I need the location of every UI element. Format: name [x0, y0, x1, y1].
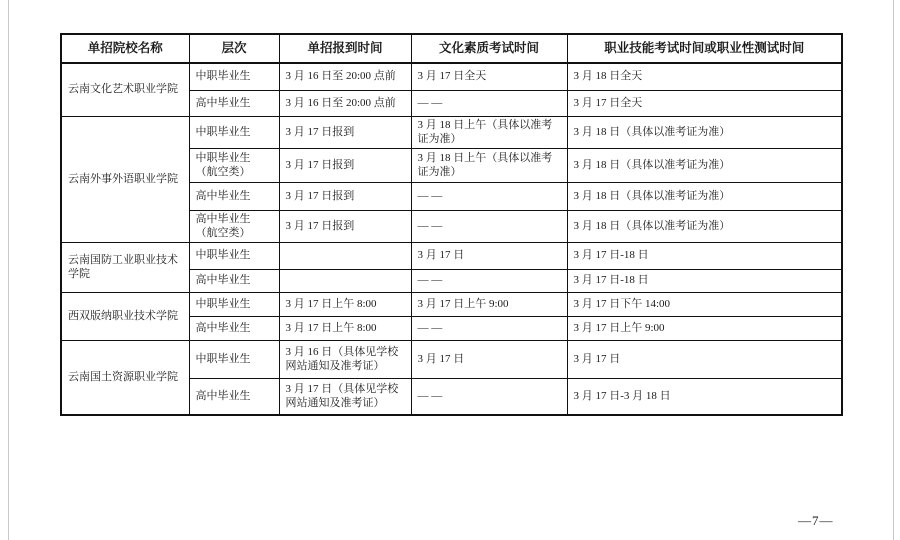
page-left-edge — [8, 0, 9, 540]
column-header: 单招院校名称 — [61, 34, 189, 63]
checkin-cell: 3 月 17 日报到 — [279, 182, 411, 210]
school-cell: 云南国土资源职业学院 — [61, 340, 189, 415]
culture-cell: 3 月 17 日全天 — [411, 63, 567, 90]
table-row: 云南国防工业职业技术学院中职毕业生3 月 17 日3 月 17 日-18 日 — [61, 242, 842, 269]
skill-cell: 3 月 17 日下午 14:00 — [567, 292, 842, 316]
checkin-cell: 3 月 16 日至 20:00 点前 — [279, 63, 411, 90]
checkin-cell: 3 月 17 日报到 — [279, 148, 411, 182]
table-row: 云南外事外语职业学院中职毕业生3 月 17 日报到3 月 18 日上午（具体以准… — [61, 116, 842, 148]
school-cell: 云南国防工业职业技术学院 — [61, 242, 189, 292]
skill-cell: 3 月 18 日（具体以准考证为准） — [567, 116, 842, 148]
level-cell: 中职毕业生 — [189, 292, 279, 316]
skill-cell: 3 月 18 日（具体以准考证为准） — [567, 148, 842, 182]
culture-cell: — — — [411, 269, 567, 292]
admission-schedule-table: 单招院校名称层次单招报到时间文化素质考试时间职业技能考试时间或职业性测试时间 云… — [60, 33, 843, 416]
school-cell: 西双版纳职业技术学院 — [61, 292, 189, 340]
culture-cell: 3 月 18 日上午（具体以准考证为准） — [411, 116, 567, 148]
level-cell: 中职毕业生 — [189, 116, 279, 148]
skill-cell: 3 月 18 日全天 — [567, 63, 842, 90]
table-row: 云南文化艺术职业学院中职毕业生3 月 16 日至 20:00 点前3 月 17 … — [61, 63, 842, 90]
table-row: 西双版纳职业技术学院中职毕业生3 月 17 日上午 8:003 月 17 日上午… — [61, 292, 842, 316]
culture-cell: — — — [411, 210, 567, 242]
school-cell: 云南外事外语职业学院 — [61, 116, 189, 242]
culture-cell: — — — [411, 182, 567, 210]
level-cell: 高中毕业生 — [189, 90, 279, 116]
level-cell: 高中毕业生 （航空类） — [189, 210, 279, 242]
skill-cell: 3 月 18 日（具体以准考证为准） — [567, 210, 842, 242]
page-right-edge — [893, 0, 894, 540]
table-header-row: 单招院校名称层次单招报到时间文化素质考试时间职业技能考试时间或职业性测试时间 — [61, 34, 842, 63]
culture-cell: 3 月 17 日上午 9:00 — [411, 292, 567, 316]
culture-cell: 3 月 17 日 — [411, 242, 567, 269]
school-cell: 云南文化艺术职业学院 — [61, 63, 189, 116]
level-cell: 高中毕业生 — [189, 378, 279, 415]
level-cell: 高中毕业生 — [189, 182, 279, 210]
culture-cell: — — — [411, 316, 567, 340]
skill-cell: 3 月 18 日（具体以准考证为准） — [567, 182, 842, 210]
column-header: 单招报到时间 — [279, 34, 411, 63]
checkin-cell: 3 月 16 日（具体见学校网站通知及准考证） — [279, 340, 411, 378]
skill-cell: 3 月 17 日-3 月 18 日 — [567, 378, 842, 415]
checkin-cell: 3 月 17 日（具体见学校网站通知及准考证） — [279, 378, 411, 415]
skill-cell: 3 月 17 日-18 日 — [567, 242, 842, 269]
level-cell: 中职毕业生 — [189, 340, 279, 378]
table-row: 云南国土资源职业学院中职毕业生3 月 16 日（具体见学校网站通知及准考证）3 … — [61, 340, 842, 378]
level-cell: 中职毕业生 — [189, 63, 279, 90]
skill-cell: 3 月 17 日全天 — [567, 90, 842, 116]
checkin-cell: 3 月 17 日报到 — [279, 116, 411, 148]
culture-cell: 3 月 17 日 — [411, 340, 567, 378]
level-cell: 中职毕业生 — [189, 242, 279, 269]
culture-cell: — — — [411, 378, 567, 415]
level-cell: 高中毕业生 — [189, 316, 279, 340]
checkin-cell: 3 月 16 日至 20:00 点前 — [279, 90, 411, 116]
skill-cell: 3 月 17 日 — [567, 340, 842, 378]
checkin-cell: 3 月 17 日报到 — [279, 210, 411, 242]
checkin-cell — [279, 269, 411, 292]
skill-cell: 3 月 17 日上午 9:00 — [567, 316, 842, 340]
skill-cell: 3 月 17 日-18 日 — [567, 269, 842, 292]
column-header: 层次 — [189, 34, 279, 63]
level-cell: 高中毕业生 — [189, 269, 279, 292]
page-number: —7— — [798, 513, 834, 529]
checkin-cell: 3 月 17 日上午 8:00 — [279, 292, 411, 316]
level-cell: 中职毕业生 （航空类） — [189, 148, 279, 182]
culture-cell: — — — [411, 90, 567, 116]
checkin-cell — [279, 242, 411, 269]
column-header: 文化素质考试时间 — [411, 34, 567, 63]
culture-cell: 3 月 18 日上午（具体以准考证为准） — [411, 148, 567, 182]
column-header: 职业技能考试时间或职业性测试时间 — [567, 34, 842, 63]
checkin-cell: 3 月 17 日上午 8:00 — [279, 316, 411, 340]
